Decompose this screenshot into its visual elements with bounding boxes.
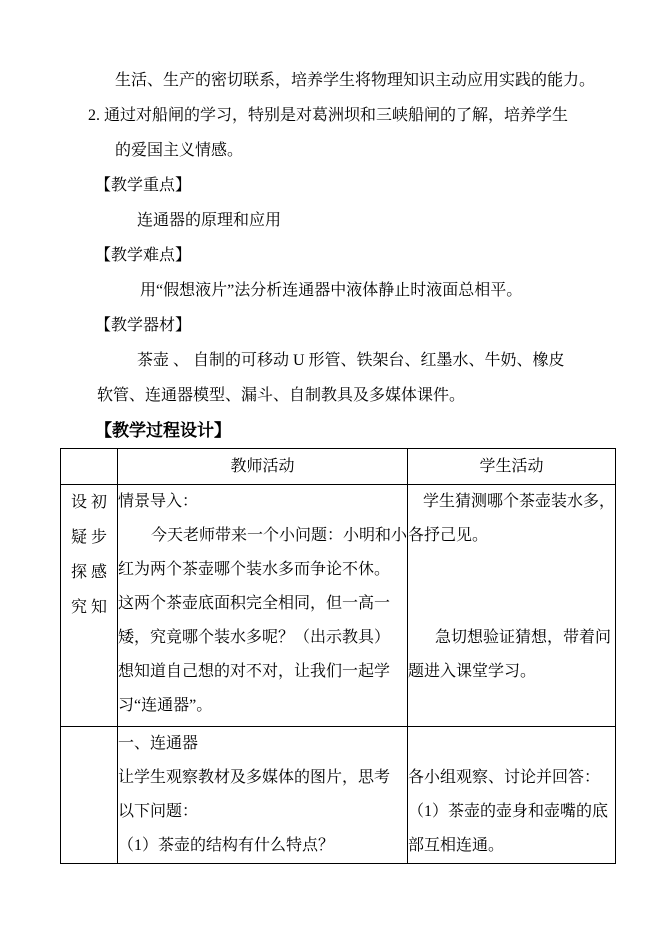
student-line: 部互相连通。 <box>408 829 615 863</box>
student-line: 各抒己见。 <box>408 519 615 553</box>
student-activity-cell-row2: 各小组观察、讨论并回答： （1）茶壶的壶身和壶嘴的底 部互相连通。 <box>408 727 616 864</box>
numbered-item-2: 2. 通过对船闸的学习，特别是对葛洲坝和三峡船闸的了解，培养学生 <box>88 98 661 133</box>
section-body-equipment-line1: 茶壶 、 自制的可移动 U 形管、铁架台、红墨水、牛奶、橡皮 <box>137 343 661 378</box>
stage-line: 设 初 <box>61 485 117 520</box>
section-heading-process-design: 【教学过程设计】 <box>95 413 661 448</box>
stage-line: 探 感 <box>61 555 117 590</box>
student-line: 学生猜测哪个茶壶装水多， <box>408 485 615 519</box>
student-line-blank <box>408 553 615 587</box>
student-line-blank <box>408 727 615 761</box>
student-activity-cell-row1: 学生猜测哪个茶壶装水多， 各抒己见。 急切想验证猜想，带着问 题进入课堂学习。 <box>408 485 616 727</box>
stage-cell-row2 <box>61 727 118 864</box>
table-header-student: 学生活动 <box>408 449 616 485</box>
table-row: 一、连通器 让学生观察教材及多媒体的图片，思考 以下问题： （1）茶壶的结构有什… <box>61 727 616 864</box>
section-body-equipment-line2: 软管、连通器模型、漏斗、自制教具及多媒体课件。 <box>97 378 661 413</box>
teacher-line: 一、连通器 <box>118 727 407 761</box>
lesson-plan-table: 教师活动 学生活动 设 初 疑 步 探 感 究 知 情景导入： 今天老师带来一个… <box>60 448 616 864</box>
teacher-line: 让学生观察教材及多媒体的图片，思考 <box>118 761 407 795</box>
student-line: 题进入课堂学习。 <box>408 655 615 689</box>
teacher-line: 情景导入： <box>118 485 407 519</box>
student-line: （1）茶壶的壶身和壶嘴的底 <box>408 795 615 829</box>
teacher-line: 今天老师带来一个小问题：小明和小 <box>118 519 407 553</box>
document-body: 生活、生产的密切联系，培养学生将物理知识主动应用实践的能力。 2. 通过对船闸的… <box>0 0 661 448</box>
teacher-activity-cell-row2: 一、连通器 让学生观察教材及多媒体的图片，思考 以下问题： （1）茶壶的结构有什… <box>118 727 408 864</box>
teacher-line: 这两个茶壶底面积完全相同，但一高一 <box>118 587 407 621</box>
student-line-blank <box>408 587 615 621</box>
section-body-difficulties: 用“假想液片”法分析连通器中液体静止时液面总相平。 <box>140 273 661 308</box>
table-header-stage <box>61 449 118 485</box>
teacher-line: 习“连通器”。 <box>118 689 407 723</box>
paragraph-line: 生活、生产的密切联系，培养学生将物理知识主动应用实践的能力。 <box>115 63 661 98</box>
table-header-row: 教师活动 学生活动 <box>61 449 616 485</box>
table-row: 设 初 疑 步 探 感 究 知 情景导入： 今天老师带来一个小问题：小明和小 红… <box>61 485 616 727</box>
table-header-teacher: 教师活动 <box>118 449 408 485</box>
section-heading-equipment: 【教学器材】 <box>95 308 661 343</box>
paragraph-line: 的爱国主义情感。 <box>115 133 661 168</box>
stage-line: 究 知 <box>61 590 117 625</box>
stage-cell-row1: 设 初 疑 步 探 感 究 知 <box>61 485 118 727</box>
teacher-line: 想知道自己想的对不对，让我们一起学 <box>118 655 407 689</box>
teacher-line: 红为两个茶壶哪个装水多而争论不休。 <box>118 553 407 587</box>
teacher-line: （1）茶壶的结构有什么特点？ <box>118 829 407 863</box>
stage-line: 疑 步 <box>61 520 117 555</box>
section-heading-difficulties: 【教学难点】 <box>95 238 661 273</box>
teacher-line: 以下问题： <box>118 795 407 829</box>
teacher-activity-cell-row1: 情景导入： 今天老师带来一个小问题：小明和小 红为两个茶壶哪个装水多而争论不休。… <box>118 485 408 727</box>
student-line: 急切想验证猜想，带着问 <box>408 621 615 655</box>
section-heading-key-points: 【教学重点】 <box>95 168 661 203</box>
teacher-line: 矮，究竟哪个装水多呢？（出示教具） <box>118 621 407 655</box>
student-line: 各小组观察、讨论并回答： <box>408 761 615 795</box>
section-body-key-points: 连通器的原理和应用 <box>137 203 661 238</box>
